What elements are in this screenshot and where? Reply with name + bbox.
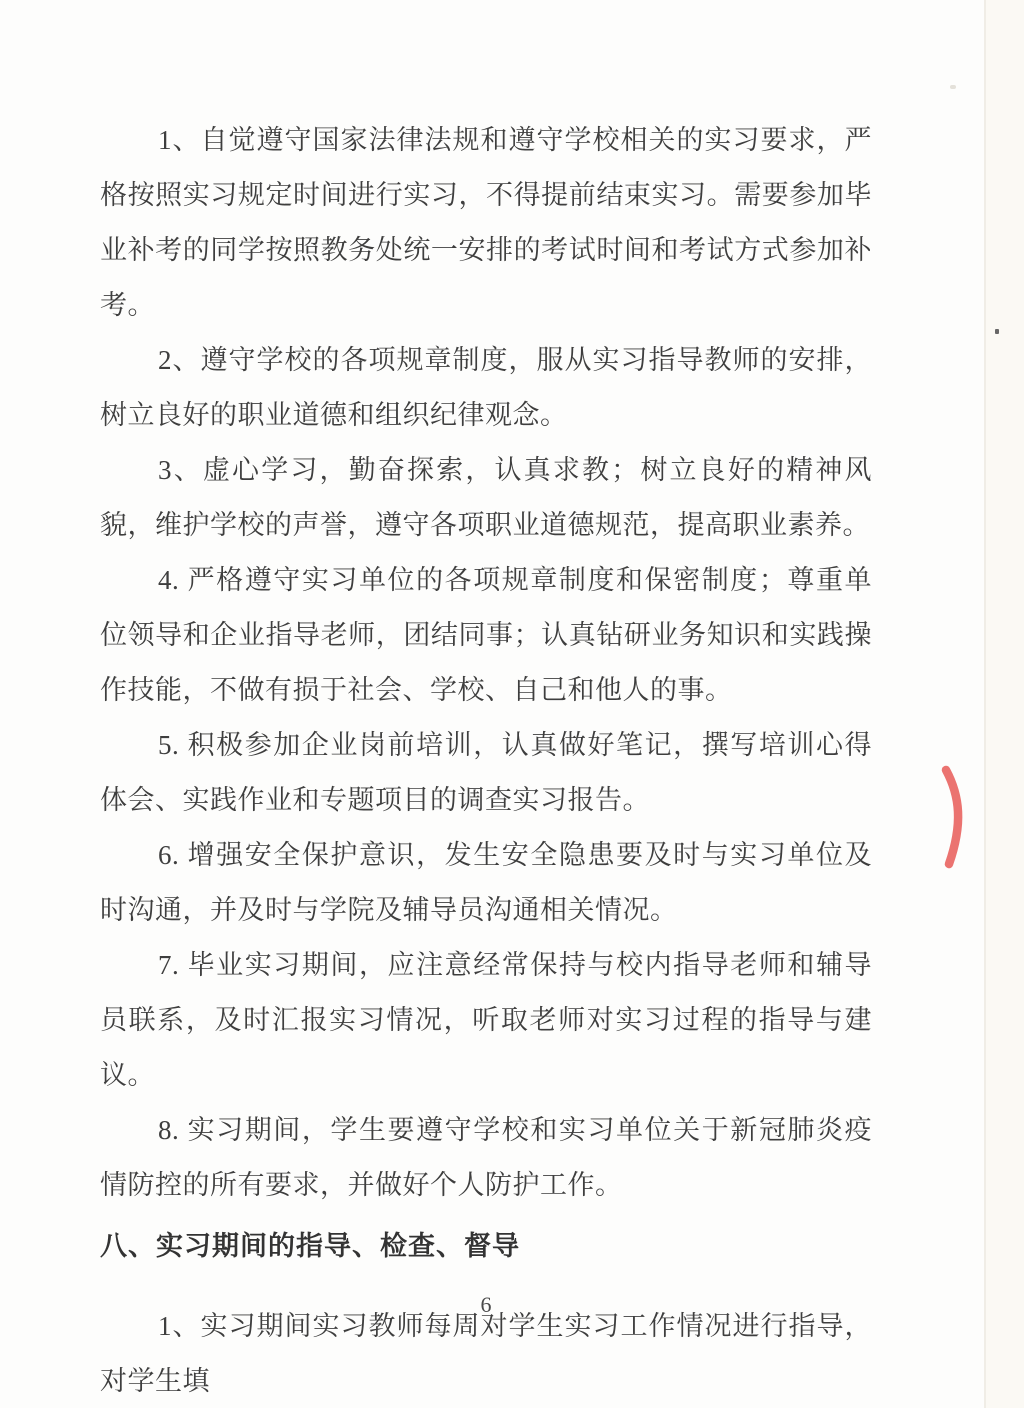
red-pen-stroke-mark	[936, 762, 970, 872]
paragraph-item-8: 8. 实习期间，学生要遵守学校和实习单位关于新冠肺炎疫情防控的所有要求，并做好个…	[100, 1103, 872, 1213]
scan-edge-line	[984, 0, 986, 1408]
paragraph-item-1: 1、自觉遵守国家法律法规和遵守学校相关的实习要求，严格按照实习规定时间进行实习，…	[100, 113, 872, 333]
scan-speck-faint	[950, 85, 956, 89]
scanned-document-page: 1、自觉遵守国家法律法规和遵守学校相关的实习要求，严格按照实习规定时间进行实习，…	[0, 0, 1024, 1408]
paragraph-item-3: 3、虚心学习，勤奋探索，认真求教；树立良好的精神风貌，维护学校的声誉，遵守各项职…	[100, 443, 872, 553]
paragraph-item-7: 7. 毕业实习期间，应注意经常保持与校内指导老师和辅导员联系，及时汇报实习情况，…	[100, 938, 872, 1103]
red-arc-path	[946, 770, 958, 864]
paragraph-item-5: 5. 积极参加企业岗前培训，认真做好笔记，撰写培训心得体会、实践作业和专题项目的…	[100, 718, 872, 828]
paragraph-item-6: 6. 增强安全保护意识，发生安全隐患要及时与实习单位及时沟通，并及时与学院及辅导…	[100, 828, 872, 938]
scan-edge-band	[986, 0, 1024, 1408]
page-number: 6	[100, 1290, 872, 1320]
document-body: 1、自觉遵守国家法律法规和遵守学校相关的实习要求，严格按照实习规定时间进行实习，…	[100, 113, 872, 1408]
paragraph-item-4: 4. 严格遵守实习单位的各项规章制度和保密制度；尊重单位领导和企业指导老师，团结…	[100, 553, 872, 718]
section-heading: 八、实习期间的指导、检查、督导	[100, 1219, 872, 1274]
scan-speck-dark	[995, 329, 999, 334]
paragraph-item-2: 2、遵守学校的各项规章制度，服从实习指导教师的安排，树立良好的职业道德和组织纪律…	[100, 333, 872, 443]
